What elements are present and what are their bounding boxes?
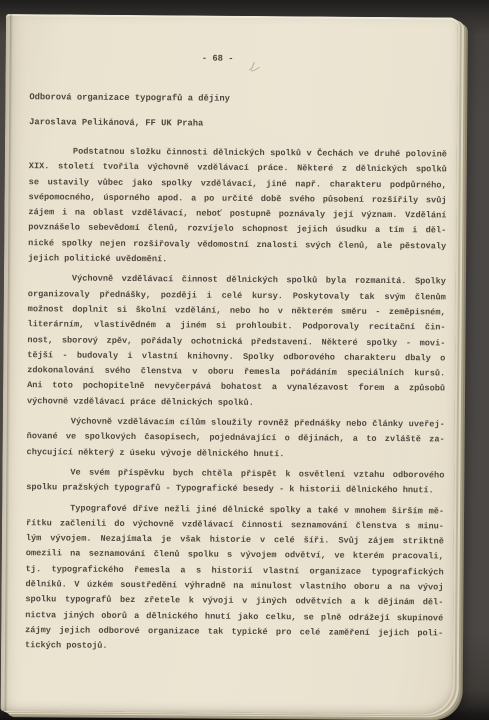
pencil-mark-icon [246, 58, 262, 78]
book-page: - 68 - Odborová organizace typografů a d… [1, 14, 458, 715]
scan-backdrop: { "scan": { "page_number": "- 68 -" }, "… [0, 0, 489, 720]
paragraph: Podstatnou složku činnosti dělnických sp… [28, 144, 447, 270]
text-line: tických postojů. [25, 638, 443, 657]
text-line: jejich politické uvědomění. [28, 251, 446, 270]
page-number: - 68 - [0, 52, 444, 66]
text-line: spolku pražských typografů - Typografick… [26, 480, 444, 499]
paragraph: Výchovně vzdělávací činnost dělnických s… [27, 272, 446, 413]
paragraph: Ve svém příspěvku bych chtěla přispět k … [26, 465, 444, 499]
document-body: Podstatnou složku činnosti dělnických sp… [1, 144, 447, 657]
paragraph: Typografové dříve nežli jiné dělnické sp… [25, 501, 444, 657]
article-title: Odborová organizace typografů a dějiny [29, 92, 230, 104]
paragraph: Výchovně vzdělávacím cílům sloužily rovn… [26, 414, 444, 463]
article-author: Jaroslava Pelikánová, FF UK Praha [29, 117, 203, 128]
